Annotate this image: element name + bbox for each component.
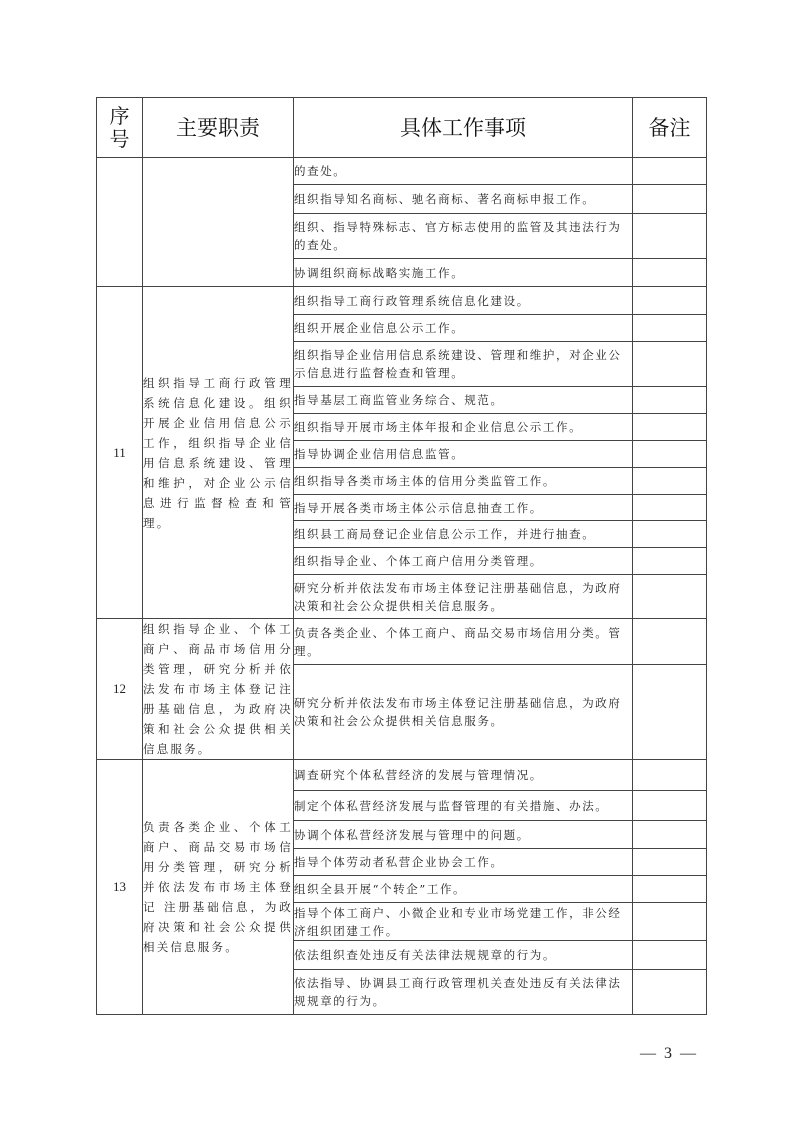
work-item: 指导开展各类市场主体公示信息抽查工作。 <box>294 495 633 521</box>
note-cell <box>633 521 707 548</box>
note-cell <box>633 849 707 876</box>
note-cell <box>633 791 707 821</box>
note-cell <box>633 495 707 521</box>
note-cell <box>633 158 707 185</box>
table-row: 的查处。 <box>97 158 707 185</box>
note-cell <box>633 468 707 495</box>
note-cell <box>633 941 707 970</box>
work-item: 指导个体工商户、小微企业和专业市场党建工作，非公经济组织团建工作。 <box>294 903 633 941</box>
work-item: 组织、指导特殊标志、官方标志使用的监管及其违法行为的查处。 <box>294 214 633 259</box>
table-row: 11 组织指导工商行政管理系统信息化建设。组织开展企业信用信息公示工作，组织指导… <box>97 287 707 315</box>
responsibility-cell: 组织指导工商行政管理系统信息化建设。组织开展企业信用信息公示工作，组织指导企业信… <box>143 287 294 619</box>
document-page: 序号 主要职责 具体工作事项 备注 的查处。 组织指导知名商标、驰名商标、著名商… <box>0 0 793 1122</box>
responsibility-cell: 负责各类企业、个体工商户、商品交易市场信用分类管理，研究分析并依法发布市场主体登… <box>143 760 294 1015</box>
note-cell <box>633 821 707 849</box>
note-cell <box>633 387 707 414</box>
note-cell <box>633 185 707 214</box>
note-cell <box>633 342 707 387</box>
note-cell <box>633 876 707 903</box>
work-item: 协调组织商标战略实施工作。 <box>294 259 633 287</box>
note-cell <box>633 414 707 441</box>
note-cell <box>633 548 707 575</box>
work-item: 组织指导知名商标、驰名商标、著名商标申报工作。 <box>294 185 633 214</box>
work-item: 指导协调企业信用信息监管。 <box>294 441 633 468</box>
work-item: 组织县工商局登记企业信息公示工作，并进行抽查。 <box>294 521 633 548</box>
header-seq-line2: 号 <box>110 127 130 151</box>
seq-cell <box>97 158 143 287</box>
work-item: 组织开展企业信息公示工作。 <box>294 315 633 342</box>
note-cell <box>633 619 707 665</box>
responsibility-cell: 组织指导企业、个体工商户、商品市场信用分类管理，研究分析并依法发布市场主体登记注… <box>143 619 294 760</box>
table-header-row: 序号 主要职责 具体工作事项 备注 <box>97 98 707 158</box>
work-item: 协调个体私营经济发展与管理中的问题。 <box>294 821 633 849</box>
work-item: 组织指导企业信用信息系统建设、管理和维护，对企业公示信息进行监督检查和管理。 <box>294 342 633 387</box>
work-item: 制定个体私营经济发展与监督管理的有关措施、办法。 <box>294 791 633 821</box>
header-seq-line1: 序 <box>110 104 130 128</box>
note-cell <box>633 970 707 1015</box>
note-cell <box>633 575 707 619</box>
note-cell <box>633 259 707 287</box>
work-item: 的查处。 <box>294 158 633 185</box>
note-cell <box>633 441 707 468</box>
note-cell <box>633 665 707 760</box>
note-cell <box>633 315 707 342</box>
work-item: 组织指导开展市场主体年报和企业信息公示工作。 <box>294 414 633 441</box>
duties-table: 序号 主要职责 具体工作事项 备注 的查处。 组织指导知名商标、驰名商标、著名商… <box>96 97 707 1015</box>
header-seq: 序号 <box>97 98 143 158</box>
seq-cell: 13 <box>97 760 143 1015</box>
header-responsibility: 主要职责 <box>143 98 294 158</box>
work-item: 指导基层工商监管业务综合、规范。 <box>294 387 633 414</box>
work-item: 负责各类企业、个体工商户、商品交易市场信用分类。管理。 <box>294 619 633 665</box>
work-item: 组织指导各类市场主体的信用分类监管工作。 <box>294 468 633 495</box>
page-number: — 3 — <box>640 1045 698 1063</box>
note-cell <box>633 760 707 791</box>
work-item: 组织指导工商行政管理系统信息化建设。 <box>294 287 633 315</box>
header-items: 具体工作事项 <box>294 98 633 158</box>
table-row: 13 负责各类企业、个体工商户、商品交易市场信用分类管理，研究分析并依法发布市场… <box>97 760 707 791</box>
work-item: 组织指导企业、个体工商户信用分类管理。 <box>294 548 633 575</box>
work-item: 依法指导、协调县工商行政管理机关查处违反有关法律法规规章的行为。 <box>294 970 633 1015</box>
work-item: 调查研究个体私营经济的发展与管理情况。 <box>294 760 633 791</box>
table-row: 12 组织指导企业、个体工商户、商品市场信用分类管理，研究分析并依法发布市场主体… <box>97 619 707 665</box>
note-cell <box>633 287 707 315</box>
work-item: 指导个体劳动者私营企业协会工作。 <box>294 849 633 876</box>
note-cell <box>633 903 707 941</box>
seq-cell: 12 <box>97 619 143 760</box>
work-item: 研究分析并依法发布市场主体登记注册基础信息，为政府决策和社会公众提供相关信息服务… <box>294 665 633 760</box>
responsibility-cell <box>143 158 294 287</box>
work-item: 组织全县开展“个转企”工作。 <box>294 876 633 903</box>
work-item: 研究分析并依法发布市场主体登记注册基础信息，为政府决策和社会公众提供相关信息服务… <box>294 575 633 619</box>
seq-cell: 11 <box>97 287 143 619</box>
header-notes: 备注 <box>633 98 707 158</box>
note-cell <box>633 214 707 259</box>
work-item: 依法组织查处违反有关法律法规规章的行为。 <box>294 941 633 970</box>
